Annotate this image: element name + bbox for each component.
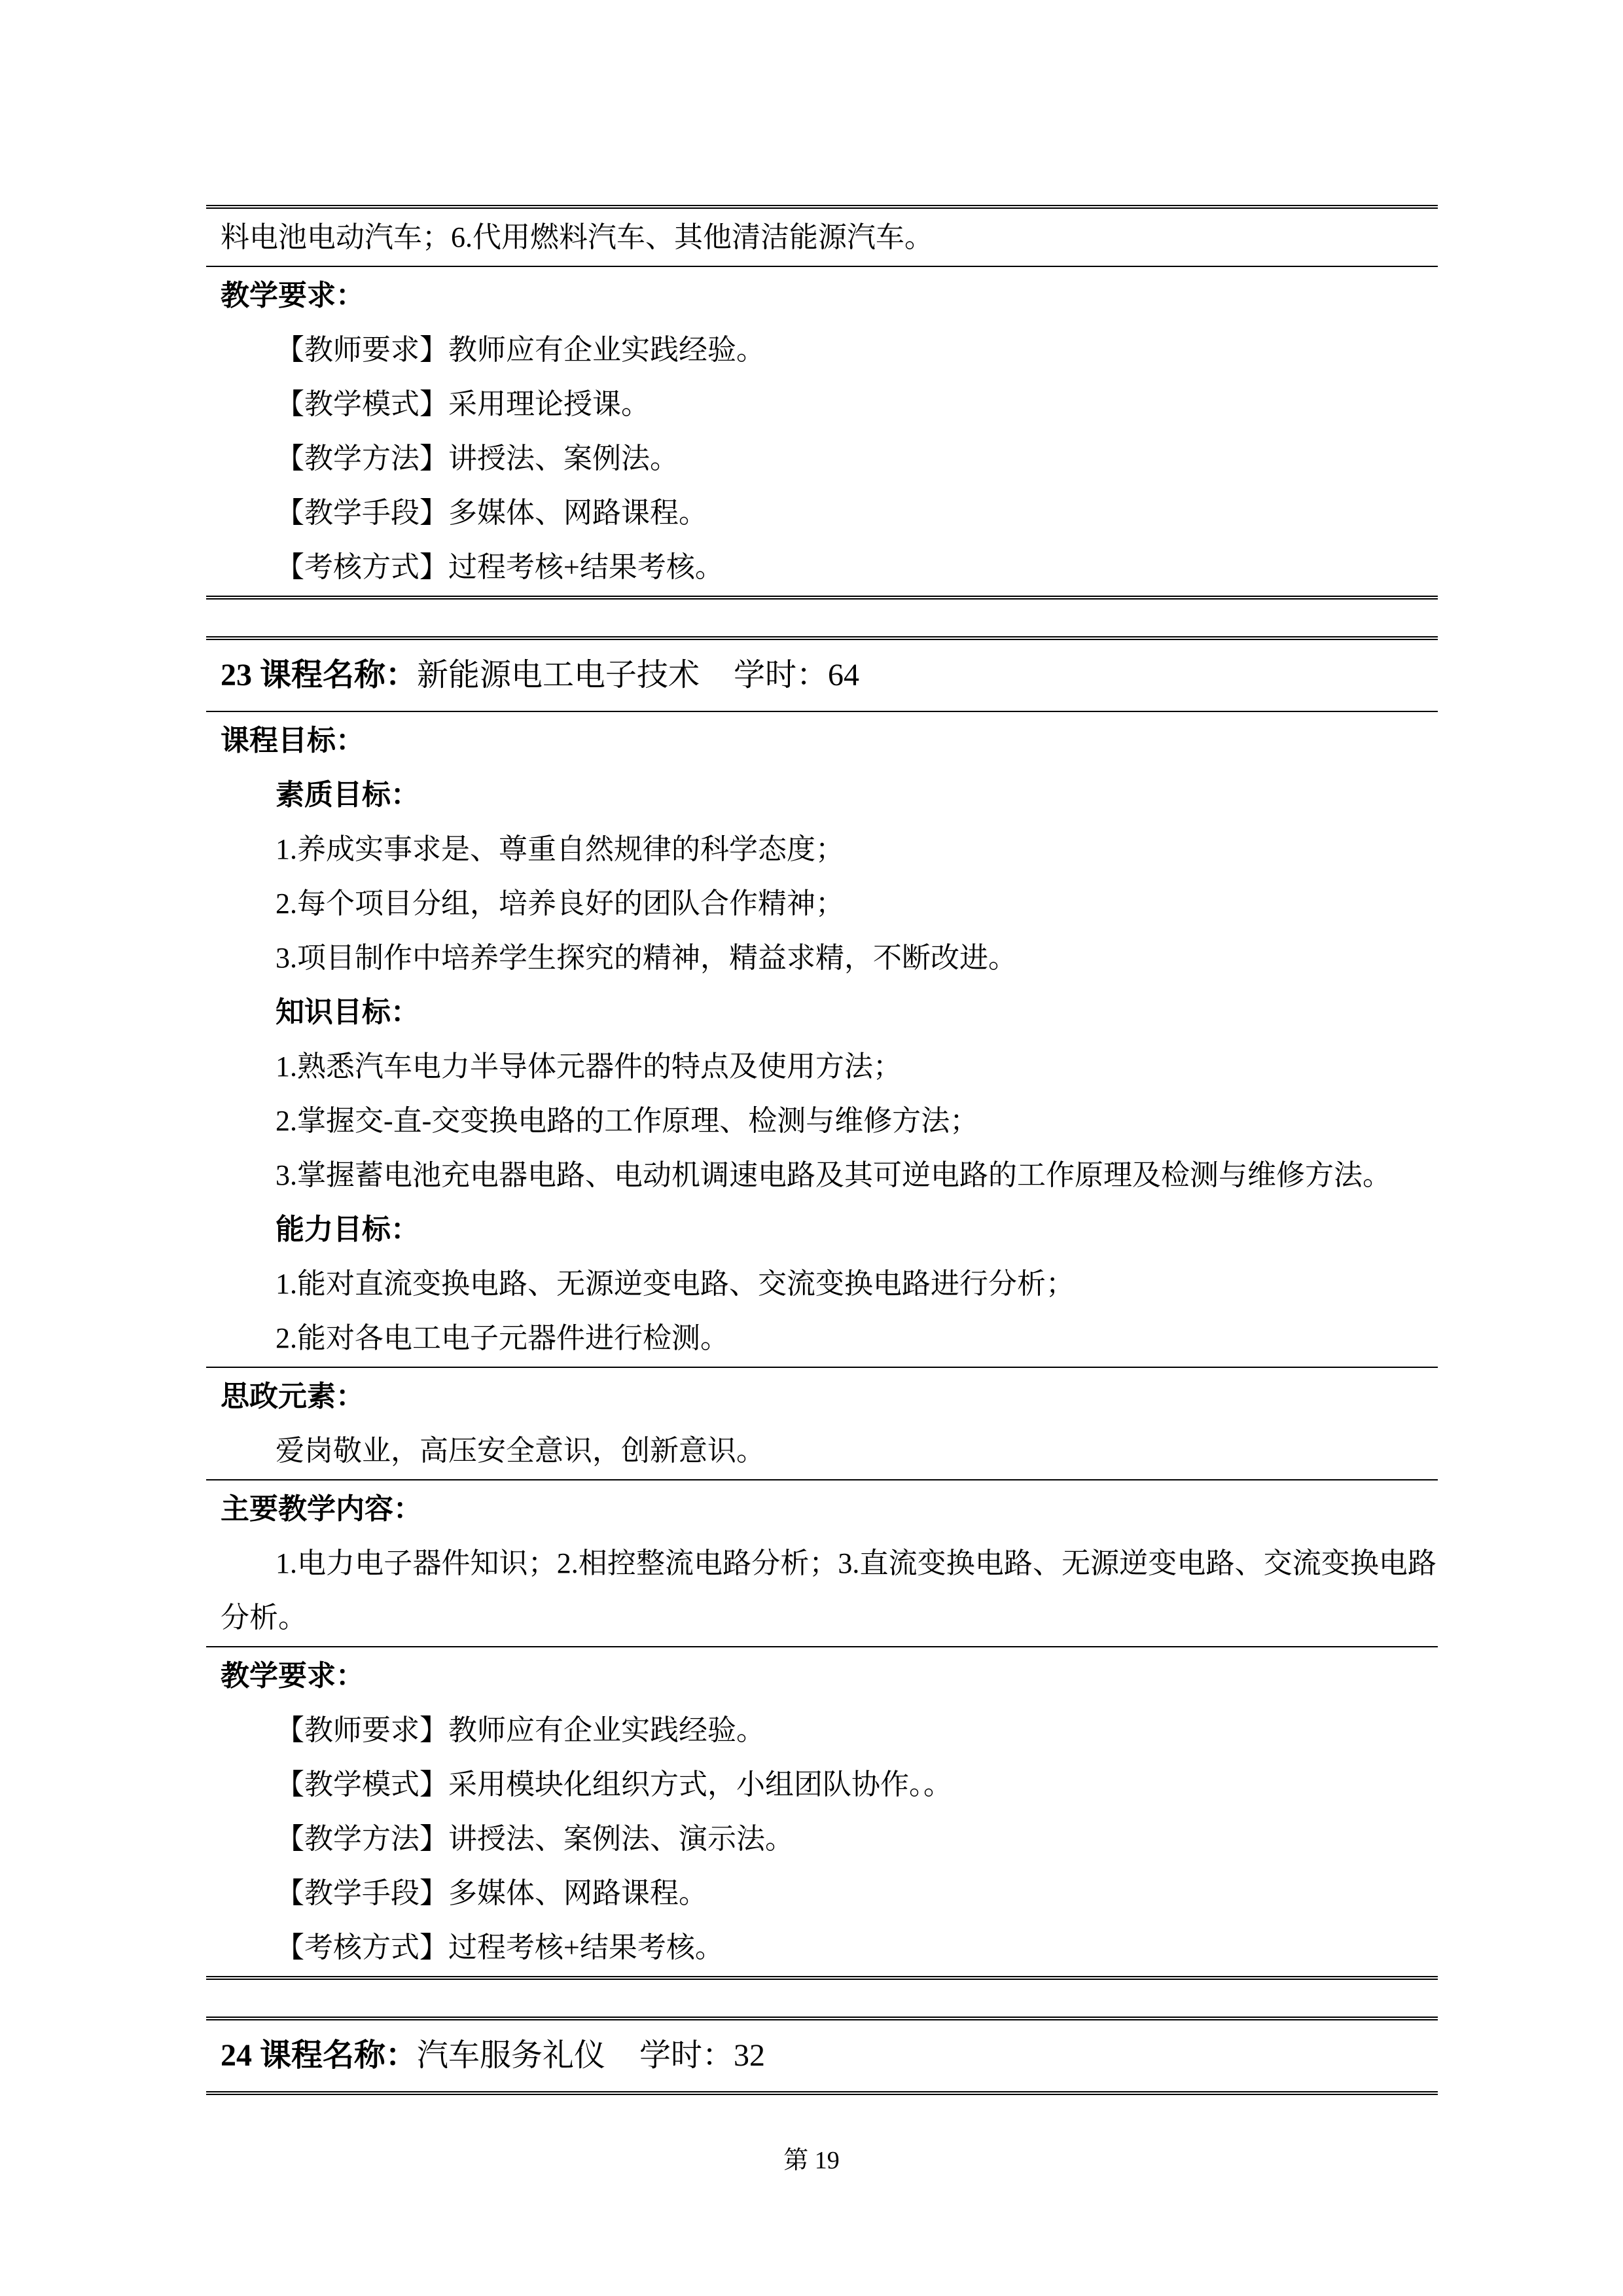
knowledge-objective-item: 2.掌握交-直-交变换电路的工作原理、检测与维修方法； (206, 1094, 1438, 1148)
course-number-label: 23 课程名称： (221, 658, 417, 692)
ability-objectives-title: 能力目标： (206, 1202, 1438, 1257)
knowledge-objective-item: 3.掌握蓄电池充电器电路、电动机调速电路及其可逆电路的工作原理及检测与维修方法。 (206, 1148, 1438, 1202)
quality-objectives-title: 素质目标： (206, 768, 1438, 822)
assessment-item: 【考核方式】过程考核+结果考核。 (206, 1920, 1438, 1975)
document-page: 料电池电动汽车；6.代用燃料汽车、其他清洁能源汽车。 教学要求： 【教师要求】教… (0, 0, 1623, 2174)
assessment-item: 【考核方式】过程考核+结果考核。 (206, 540, 1438, 594)
course-23-title: 23 课程名称：新能源电工电子技术学时：64 (206, 641, 1438, 709)
course-name: 新能源电工电子技术 (417, 658, 700, 692)
course-23-table: 23 课程名称：新能源电工电子技术学时：64 课程目标： 素质目标： 1.养成实… (206, 636, 1438, 1980)
teaching-requirements-title: 教学要求： (206, 268, 1438, 323)
objectives-title: 课程目标： (206, 713, 1438, 768)
teaching-means-item: 【教学手段】多媒体、网路课程。 (206, 486, 1438, 540)
ideology-content: 爱岗敬业，高压安全意识，创新意识。 (206, 1424, 1438, 1478)
course-number-label: 24 课程名称： (221, 2038, 417, 2073)
teaching-requirements-row: 教学要求： 【教师要求】教师应有企业实践经验。 【教学模式】采用模块化组织方式，… (206, 1646, 1438, 1976)
teaching-mode-item: 【教学模式】采用模块化组织方式，小组团队协作。。 (206, 1757, 1438, 1812)
quality-objective-item: 3.项目制作中培养学生探究的精神，精益求精，不断改进。 (206, 931, 1438, 985)
teaching-mode-item: 【教学模式】采用理论授课。 (206, 377, 1438, 431)
ideology-title: 思政元素： (206, 1369, 1438, 1424)
teacher-requirement-item: 【教师要求】教师应有企业实践经验。 (206, 323, 1438, 377)
teacher-requirement-item: 【教师要求】教师应有企业实践经验。 (206, 1703, 1438, 1757)
teaching-means-item: 【教学手段】多媒体、网路课程。 (206, 1866, 1438, 1920)
knowledge-objective-item: 1.熟悉汽车电力半导体元器件的特点及使用方法； (206, 1039, 1438, 1094)
teaching-requirements-title: 教学要求： (206, 1649, 1438, 1703)
course-24-title: 24 课程名称：汽车服务礼仪学时：32 (206, 2022, 1438, 2090)
course-22-table: 料电池电动汽车；6.代用燃料汽车、其他清洁能源汽车。 教学要求： 【教师要求】教… (206, 205, 1438, 600)
knowledge-objectives-title: 知识目标： (206, 985, 1438, 1039)
main-content-tail-row: 料电池电动汽车；6.代用燃料汽车、其他清洁能源汽车。 (206, 209, 1438, 266)
teaching-method-item: 【教学方法】讲授法、案例法。 (206, 431, 1438, 486)
main-content-title: 主要教学内容： (206, 1482, 1438, 1536)
main-content-line1: 1.电力电子器件知识；2.相控整流电路分析；3.直流变换电路、无源逆变电路、交流… (206, 1536, 1438, 1590)
course-24-header-row: 24 课程名称：汽车服务礼仪学时：32 (206, 2020, 1438, 2091)
main-teaching-content-row: 主要教学内容： 1.电力电子器件知识；2.相控整流电路分析；3.直流变换电路、无… (206, 1479, 1438, 1646)
page-number: 第 19 (0, 2147, 1623, 2174)
ability-objective-item: 1.能对直流变换电路、无源逆变电路、交流变换电路进行分析； (206, 1257, 1438, 1311)
course-hours: 学时：32 (639, 2038, 765, 2073)
quality-objective-item: 2.每个项目分组，培养良好的团队合作精神； (206, 876, 1438, 931)
course-hours: 学时：64 (734, 658, 859, 692)
course-objectives-row: 课程目标： 素质目标： 1.养成实事求是、尊重自然规律的科学态度； 2.每个项目… (206, 711, 1438, 1367)
main-content-line2: 分析。 (206, 1590, 1438, 1645)
ability-objective-item: 2.能对各电工电子元器件进行检测。 (206, 1311, 1438, 1365)
course-23-header-row: 23 课程名称：新能源电工电子技术学时：64 (206, 640, 1438, 711)
teaching-method-item: 【教学方法】讲授法、案例法、演示法。 (206, 1812, 1438, 1866)
ideology-row: 思政元素： 爱岗敬业，高压安全意识，创新意识。 (206, 1367, 1438, 1479)
main-content-tail-text: 料电池电动汽车；6.代用燃料汽车、其他清洁能源汽车。 (206, 210, 1438, 264)
course-24-table: 24 课程名称：汽车服务礼仪学时：32 (206, 2017, 1438, 2095)
course-name: 汽车服务礼仪 (417, 2038, 605, 2073)
teaching-requirements-row: 教学要求： 【教师要求】教师应有企业实践经验。 【教学模式】采用理论授课。 【教… (206, 266, 1438, 596)
quality-objective-item: 1.养成实事求是、尊重自然规律的科学态度； (206, 822, 1438, 876)
